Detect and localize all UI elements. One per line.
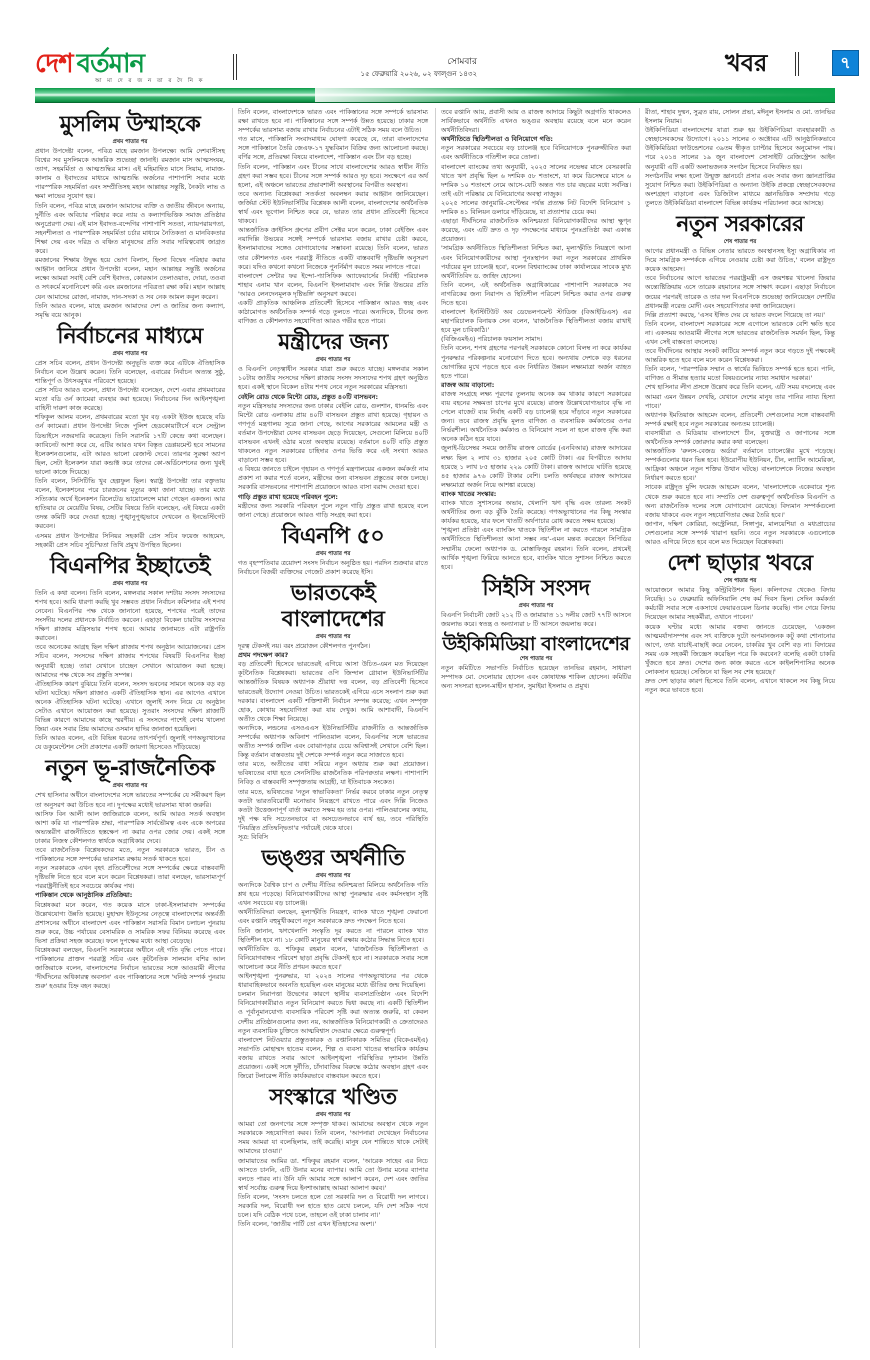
paragraph: দ্রুত দেশ ছাড়ার কারণ হিসেবে তিনি বলেন, … [645,677,835,695]
section-title: খবর [725,48,767,78]
paragraph: এসময় প্রধান উপদেষ্টার সিনিয়র সহকারী প্… [35,532,225,550]
article-wikimedia-cont: রীতা, শাহাব দুষ্মন, সুব্রত রায়, সোলন প্… [645,108,835,208]
headline: উইকিমিডিয়া বাংলাদেশের [441,633,631,655]
column-rule [232,108,233,1348]
section-divider [795,52,799,76]
article-new-government: নতুন সরকারের শেষ পাতার পর আগের প্রধানমন্… [645,212,835,547]
continuation-label: শেষ পাতার পর [441,655,631,663]
header-green-bar [35,88,835,103]
paragraph: প্রেস সচিব আরও বলেন, প্রধান উপদেষ্টা বলে… [35,386,225,413]
paragraph: তিনি বলেন, সিসিটিভি খুব হেল্পফুল ছিল। স্… [35,477,225,532]
source-credit: সূত্র: বিবিসি [238,833,428,842]
paragraph: বাংলাদেশ সেন্টার ফর ইন্দো-প্যাসিফিক অ্যা… [238,272,428,299]
paragraph: আইনশৃঙ্খলা পুনরুদ্ধার, যা ২০২৪ সালের গণঅ… [238,972,428,990]
subheading: বেইলি রোড থেকে মিন্টো রোড, প্রস্তুত ৪০টি… [238,393,428,402]
paragraph: তিনি জানান, ঋণখেলাপি সংস্কৃতি দূর করতে ন… [238,927,428,945]
paragraph: তবে নির্বাচনের আগে ভারতের পররাষ্ট্রমন্ত্… [645,274,835,310]
paragraph: ব্যাংক খাতে সুশাসনের অভাব, খেলাপি ঋণ বৃদ… [441,499,631,526]
paragraph: বিশ্লেষকরা বলছেন, বিএনপি সরকারের অধীনে এ… [35,946,225,991]
paragraph: তিনি বলেন, এই অর্থনৈতিক অগ্রাধিকারের পাশ… [441,281,631,308]
continuation-label: প্রথম পাতার পর [238,633,428,641]
paragraph: আয়োজনে আমার কিছু কন্ট্রিবিউশন ছিল। কলিগ… [645,586,835,622]
paragraph: তিনি আরও বলেন, মাহে রমজান আমাদের দেশ ও জ… [35,302,225,320]
paragraph: সাবেক রাষ্ট্রদূত মুন্সি ফয়েজ আহমেদ বলেন… [645,483,835,519]
paragraph: চলমান নিরাপত্তা উদ্বেগের কারণে স্থানীয় … [238,990,428,1035]
paragraph: রমজানের শিক্ষায় উদ্বুদ্ধ হয়ে ভোগ বিলাস… [35,256,225,301]
paragraph: প্রেস সচিব বলেন, প্রধান উপদেষ্টা অনুভূতি… [35,359,225,386]
headline: সিইসি সংসদ [441,576,631,602]
paragraph: তবে অনেকের আগ্রহ ছিল দক্ষিণ প্লাজায় শপথ… [35,643,225,679]
masthead: দেশবর্তমান আ মা দে র জ ন তা র দৈ নি ক সো… [35,48,835,88]
paragraph: এছাড়া দীর্ঘদিনের রাজনৈতিক অনিশ্চয়তা বি… [441,217,631,244]
paragraph: 'শৃঙ্খলা প্রতিষ্ঠা এবং ব্যাংকিং খাতকে স্… [441,526,631,571]
paragraph: দিল্লি প্রত্যাশা করছে, 'এসব ইঙ্গিত দেয় … [645,311,835,320]
paragraph: 'সামগ্রিক অর্থনীতিতে স্থিতিশীলতা নিশ্চিত… [441,244,631,280]
paragraph: তিনি এ কথা বলেন। তিনি বলেন, মঙ্গলবার সকা… [35,589,225,644]
article-economy-cont: তবে রপ্তানি আয়, প্রবাসী আয় ও রাজস্ব আদ… [441,108,631,572]
paragraph: বড় প্রতিবেশী হিসেবে ভারতেরই এগিয়ে আসা … [238,660,428,724]
subheading: অর্থনীতিতে স্থিতিশীলতা ও বিনিয়োগে গতি: [441,135,631,144]
headline: নতুন ভূ-রাজনৈতিক [35,756,225,782]
article-muslim-ummah: মুসলিম উম্মাহকে প্রথম পাতার পর প্রধান উপ… [35,112,225,320]
paragraph: জুলাই-ডিসেম্বর সময়ে জাতীয় রাজস্ব বোর্ড… [441,444,631,489]
article-fragile-economy: ভঙ্গুর অর্থনীতি প্রথম পাতার পর অন্যদিকে … [238,846,428,1081]
article-leaving-country: দেশ ছাড়ার খবরে শেষ পাতার পর আয়োজনে আমা… [645,551,835,695]
paragraph: প্রধান উপদেষ্টা বলেন, পবিত্র মাহে রমজান … [35,147,225,202]
paragraph: (বিজিএমইএ) পরিচালক ফয়সাল সামাদ। [441,335,631,344]
newspaper-logo: দেশবর্তমান [35,50,144,78]
article-reform-fragmented: সংস্কারে খণ্ডিত প্রথম পাতার পর আমরা তো জ… [238,1085,428,1229]
continuation-label: প্রথম পাতার পর [35,782,225,790]
paragraph: এ বিষয়ে জানতে চাইলে গৃহায়ন ও গণপূর্ত ম… [238,465,428,492]
paragraph: তবে রাজনৈতিক বিশ্লেষকদের মতে, নতুন সরকার… [35,846,225,864]
paragraph: তবে দীর্ঘদিনের আস্থার সংকট কাটিয়ে সম্পর… [645,347,835,365]
paragraph: নতুন কমিটিতে সভাপতি নির্বাচিত হয়েছেন তা… [441,664,631,691]
paragraph: রীতা, শাহাব দুষ্মন, সুব্রত রায়, সোলন প্… [645,108,835,126]
paragraph: জামায়াতের আমির ডা. শফিকুর রহমান বলেন, '… [238,1157,428,1193]
column-rule [435,108,436,1348]
continuation-label: প্রথম পাতার পর [35,138,225,146]
column-2: তিনি বলেন, বাংলাদেশকে ভারত এবং পাকিস্তান… [238,108,428,1229]
paragraph: গত মাসে, পাকিস্তানি সংবাদমাধ্যম ঘোষণা কর… [238,135,428,162]
column-rule [639,108,640,1348]
paragraph: আমরা তো জনগণের সঙ্গে সম্পৃক্ত থাকব। আমাদ… [238,1120,428,1156]
article-bnp-50: বিএনপি ৫০ প্রথম পাতার পর গত বৃহস্পতিবার … [238,524,428,577]
weekday: সোমবার [275,54,477,69]
paragraph: অন্যদিকে বৈশ্বিক চাপ ও দেশীয় নীতির অনিশ… [238,881,428,908]
paragraph: আন্তর্জাতিক 'রুলস-বেজড অর্ডার' বর্তমানে … [645,447,835,483]
continuation-label: শেষ পাতার পর [645,577,835,585]
paragraph: রাজস্ব সংগ্রহে লক্ষ্য পূরণের তুলনায় অনে… [441,390,631,445]
paragraph: নতুন মন্ত্রিসভার সদস্যদের জন্য ঢাকার বেই… [238,402,428,466]
headline: বিএনপির ইচ্ছাতেই [35,554,225,580]
logo-word-bortoman: বর্তমান [77,49,144,79]
continuation-label: প্রথম পাতার পর [238,550,428,558]
paragraph: অর্থনীতিবিদরা বলছেন, মূল্যস্ফীতি নিয়ন্ত… [238,908,428,926]
logo-word-desh: দেশ [35,49,73,79]
continuation-label: প্রথম পাতার পর [441,602,631,610]
headline: ভঙ্গুর অর্থনীতি [238,846,428,872]
column-4: রীতা, শাহাব দুষ্মন, সুব্রত রায়, সোলন প্… [645,108,835,695]
paragraph: ঐতিহাসিক কারণ বুঝিয়ে তিনি বলেন, সংসদ ভব… [35,680,225,735]
article-india-bangladesh: ভারতকেই বাংলাদেশের প্রথম পাতার পর দূরত্ব… [238,581,428,842]
paragraph: উইকিপিডিয়া বাংলাদেশের যাত্রা শুরু হয় উ… [645,126,835,171]
continuation-label: প্রথম পাতার পর [238,872,428,880]
article-election-means: নির্বাচনের মাধ্যমে প্রথম পাতার পর প্রেস … [35,324,225,550]
paragraph: তিনি বলেন, বাংলাদেশকে ভারত এবং পাকিস্তান… [238,108,428,135]
headline: মুসলিম উম্মাহকে [35,112,225,138]
headline: নতুন সরকারের [645,212,835,238]
page-number-badge: ৭ [832,50,859,76]
headline: দেশ ছাড়ার খবরে [645,551,835,577]
paragraph: দূরত্ব টেকসই নয়। বরং প্রয়োজন কৌশলগত পু… [238,642,428,651]
issue-date: ১৫ ফেব্রুয়ারি ২০২৬, ০২ ফাল্গুন ১৪৩২ [235,68,477,80]
article-geopolitics-cont: তিনি বলেন, বাংলাদেশকে ভারত এবং পাকিস্তান… [238,108,428,326]
paragraph: তার মতে, ভবিষ্যতের 'নতুন স্বাভাবিকতা' নি… [238,788,428,833]
paragraph: বাংলাদেশ নিটওয়্যার প্রস্তুতকারক ও রপ্তা… [238,1036,428,1081]
subheading: গাড়ি প্রস্তুত রাখা হয়েছে পরিবহন পুলে: [238,493,428,502]
headline: ভারতকেই বাংলাদেশের [238,581,428,633]
paragraph: তিনি বলেন, বাংলাদেশ সরকারের সঙ্গে এগোলে … [645,320,835,347]
headline: বিএনপি ৫০ [238,524,428,550]
paragraph: অন্যদিকে, লন্ডনের এসওএএস ইউনিভার্সিটির র… [238,724,428,760]
headline: নির্বাচনের মাধ্যমে [35,324,225,350]
paragraph: তবে অন্যান্য বিশ্লেষকরা সতর্কতা অবলম্বন … [238,190,428,226]
paragraph: অর্থনীতিবিদ ড. শফিকুর রহমান বলেন, 'রাজনৈ… [238,945,428,972]
headline: সংস্কারে খণ্ডিত [238,1085,428,1111]
paragraph: ও বিএনপি নেতৃত্বাধীন সরকার যাত্রা শুরু ক… [238,365,428,392]
page-body: মুসলিম উম্মাহকে প্রথম পাতার পর প্রধান উপ… [35,108,835,1348]
paragraph: একটি প্রাকৃতিক আঞ্চলিক প্রতিবেশী হিসেবে … [238,299,428,326]
paragraph: মন্ত্রীদের জন্য সরকারি পরিবহন পুলে নতুন … [238,502,428,520]
continuation-label: প্রথম পাতার পর [238,1111,428,1119]
paragraph: বাংলাদেশ ইনস্টিটিউট অব ডেভেলপমেন্ট স্টাড… [441,308,631,335]
paragraph: তিনি বলেন, 'সংসদ চলতে হলে তো সরকারি দল ও… [238,1193,428,1220]
paragraph: তিনি বলেন, শপথ গ্রহণের পরপরই সরকারকে কোন… [441,344,631,380]
paragraph: ২০২৫ সালের জানুয়ারি-সেপ্টেম্বর পর্যন্ত … [441,199,631,217]
subheading: ব্যাংক খাতের সংস্কার: [441,490,631,499]
paragraph: তিনি বলেন, 'পারস্পরিক সম্মান ও স্বার্থের… [645,365,835,383]
paragraph: বাংলাদেশ ব্যাংকের তথ্য অনুযায়ী, ২০২৫ সা… [441,163,631,199]
article-cec-parliament: সিইসি সংসদ প্রথম পাতার পর বিএনপি নির্বাচ… [441,576,631,629]
paragraph: তিনি বলেন, পবিত্র মাহে রমজান আমাদের ব্যক… [35,202,225,257]
paragraph: কয়েক ঘণ্টার মধ্যে আমার বক্তব্য জানতে চে… [645,623,835,678]
subheading: রাজস্ব আয় বাড়ানো: [441,381,631,390]
paragraph: বিএনপি নির্বাচনী জোট ২১২ টি ও জামায়াত ১… [441,611,631,629]
tagline: আ মা দে র জ ন তা র দৈ নি ক [95,78,204,86]
continuation-label: প্রথম পাতার পর [238,356,428,364]
paragraph: শফিকুল আলম বলেন, প্রথমবারের মতো খুব বড় … [35,413,225,477]
subheading: প্রথম পদক্ষেপ কার? [238,651,428,660]
paragraph: আন্তর্জাতিক ক্রাইসিস গ্রুপের প্রবীণ সেক্… [238,226,428,271]
article-bnp-wish: বিএনপির ইচ্ছাতেই প্রথম পাতার পর তিনি এ ক… [35,554,225,753]
paragraph: অধ্যাপক ইমতিয়াজ আহমেদ বলেন, প্রতিবেশী দ… [645,411,835,429]
paragraph: তিনি বলেন, 'জাতীয় পার্টি তো এখন ইতিহাসে… [238,1220,428,1229]
paragraph: তিনি আরও বলেন, এটা বিভিন্ন ধরনের তাৎপর্য… [35,734,225,752]
paragraph: গত বৃহস্পতিবার ত্রয়োদশ সংসদ নির্বাচন অন… [238,559,428,577]
article-wikimedia: উইকিমিডিয়া বাংলাদেশের শেষ পাতার পর নতুন… [441,633,631,691]
paragraph: তার মতে, অতীতের বাধা সরিয়ে নতুন অধ্যায়… [238,760,428,787]
paragraph: আসিফ বিন আলী আল জাজিরাকে বলেন, আমি আরও স… [35,810,225,846]
paragraph: শেখ হাসিনার লীগ প্রসঙ্গে উল্লেখ করে তিনি… [645,383,835,410]
continuation-label: প্রথম পাতার পর [35,580,225,588]
paragraph: নতুন সরকারের সবচেয়ে বড় চ্যালেঞ্জ হবে ব… [441,144,631,162]
paragraph: তবে রপ্তানি আয়, প্রবাসী আয় ও রাজস্ব আদ… [441,108,631,135]
subheading: পাকিস্তান থেকে আনুষ্ঠানিক প্রতিক্রিয়া: [35,891,225,900]
article-new-geopolitics: নতুন ভূ-রাজনৈতিক প্রথম পাতার পর শেখ হাসি… [35,756,225,991]
column-3: তবে রপ্তানি আয়, প্রবাসী আয় ও রাজস্ব আদ… [441,108,631,691]
paragraph: তিনি বলেন, পাকিস্তান এবং চীনের সাথে বাংল… [238,163,428,190]
column-1: মুসলিম উম্মাহকে প্রথম পাতার পর প্রধান উপ… [35,108,225,992]
paragraph: নতুন সরকারকে এখন বৃহৎ প্রতিবেশীদের সঙ্গে… [35,864,225,891]
paragraph: বিশ্লেষকরা মনে করেন, গত কয়েক মাসে ঢাকা-… [35,901,225,946]
paragraph: জাপান, দক্ষিণ কোরিয়া, অস্ট্রেলিয়া, সিঙ… [645,520,835,547]
continuation-label: প্রথম পাতার পর [35,350,225,358]
paragraph: শেখ হাসিনার অধীনে বাংলাদেশের সঙ্গে ভারতে… [35,791,225,809]
paragraph: ব্যবসায়ীরা ও মিডিয়ায় বাংলাদেশে চীন, য… [645,429,835,447]
headline: মন্ত্রীদের জন্য [238,330,428,356]
article-ministers: মন্ত্রীদের জন্য প্রথম পাতার পর ও বিএনপি … [238,330,428,520]
continuation-label: শেষ পাতার পর [645,238,835,246]
paragraph: সংগঠনটির লক্ষ্য হলো উন্মুক্ত জ্ঞানচর্চা … [645,172,835,208]
paragraph: আগের প্রধানমন্ত্রী ও বিভিন্ন নেতার ভারতে… [645,247,835,274]
